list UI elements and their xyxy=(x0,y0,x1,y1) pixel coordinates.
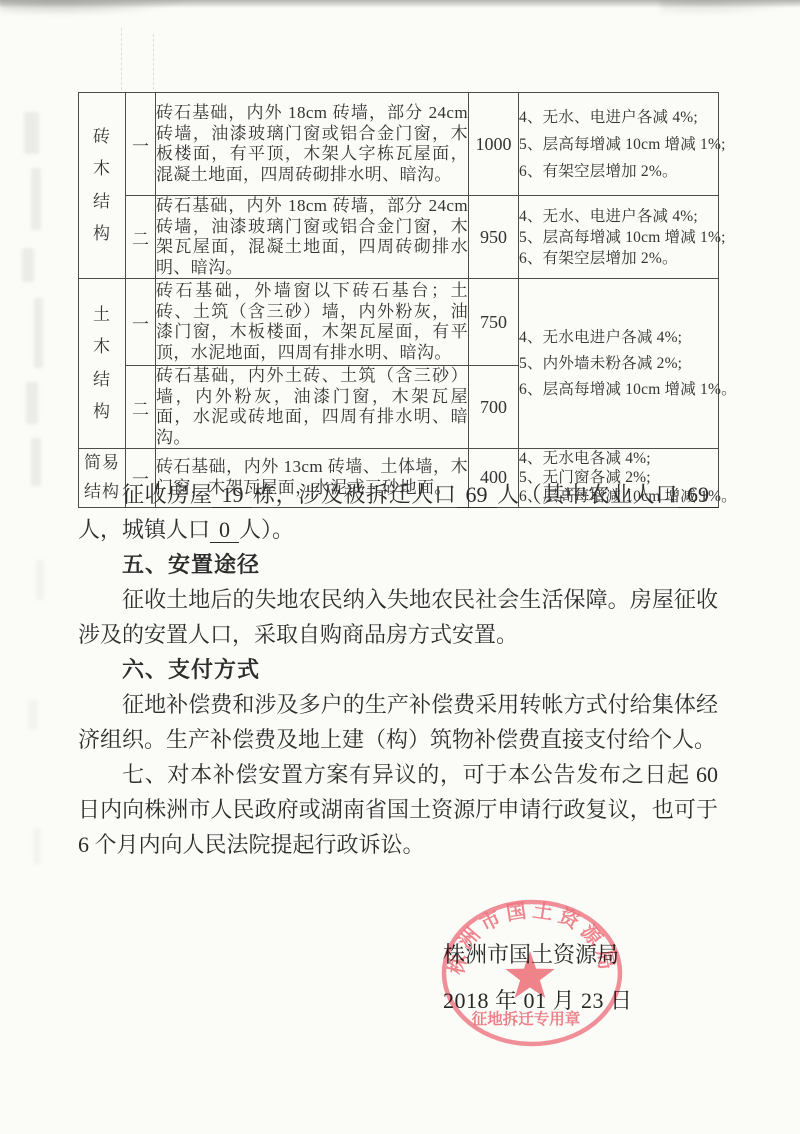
section-6-paragraph: 征地补偿费和涉及多户的生产补偿费采用转帐方式付给集体经济组织。生产补偿费及地上建… xyxy=(78,687,718,757)
category-cell: 砖木结构 xyxy=(79,93,126,279)
section-heading-5: 五、安置途径 xyxy=(78,547,718,582)
notes-cell: 4、无水、电进户各减 4%; 5、层高每增减 10cm 增减 1%; 6、有架空… xyxy=(519,93,719,196)
bleed-through-mark xyxy=(33,828,41,864)
official-seal: 株洲市国土资源局 征地拆迁专用章 xyxy=(428,878,640,1078)
notes-cell: 4、无水、电进户各减 4%; 5、层高每增减 10cm 增减 1%; 6、有架空… xyxy=(519,196,719,279)
grade-cell: 二 xyxy=(126,196,156,279)
bleed-through-mark xyxy=(28,700,38,730)
table-row: 砖木结构 一 砖石基础，内外 18cm 砖墙，部分 24cm 砖墙，油漆玻璃门窗… xyxy=(79,93,719,196)
price-cell: 950 xyxy=(469,196,519,279)
section-7-paragraph: 七、对本补偿安置方案有异议的，可于本公告发布之日起 60 日内向株洲市人民政府或… xyxy=(78,757,718,862)
notes-cell: 4、无水电进户各减 4%; 5、内外墙未粉各减 2%; 6、层高每增减 10cm… xyxy=(519,279,719,449)
description-cell: 砖石基础，外墙窗以下砖石基台；土砖、土筑（含三砂）墙，内外粉灰，油漆门窗，木板楼… xyxy=(156,279,469,366)
bleed-through-mark xyxy=(31,438,41,486)
bleed-through-mark xyxy=(31,168,41,230)
section-5-paragraph: 征收土地后的失地农民纳入失地农民社会生活保障。房屋征收涉及的安置人口，采取自购商… xyxy=(78,582,718,652)
agricultural-people-count: 69 xyxy=(678,482,718,508)
table-row: 土木结构 一 砖石基础，外墙窗以下砖石基台；土砖、土筑（含三砂）墙，内外粉灰，油… xyxy=(79,279,719,366)
grade-cell: 一 xyxy=(126,93,156,196)
grade-cell: 二 xyxy=(126,366,156,449)
description-cell: 砖石基础，内外土砖、土筑（含三砂）墙，内外粉灰，油漆门窗，木架瓦屋面，水泥或砖地… xyxy=(156,366,469,449)
bleed-through-mark xyxy=(26,382,38,424)
scan-corner-smudge-right xyxy=(660,0,800,16)
seal-star xyxy=(505,951,554,998)
price-cell: 1000 xyxy=(469,93,519,196)
description-cell: 砖石基础，内外 18cm 砖墙，部分 24cm 砖墙，油漆玻璃门窗或铝合金门窗，… xyxy=(156,196,469,279)
stats-line: 征收房屋19栋，涉及被拆迁人口69人（其中农业人口69人，城镇人口0人）。 xyxy=(78,477,718,547)
scan-corner-smudge-left xyxy=(0,0,190,16)
bleed-through-mark xyxy=(24,112,39,154)
seal-bottom-text: 征地拆迁专用章 xyxy=(472,1009,581,1028)
bleed-through-line xyxy=(121,28,122,90)
grade-cell: 一 xyxy=(126,279,156,366)
price-cell: 750 xyxy=(469,279,519,366)
bleed-through-mark xyxy=(34,298,43,368)
price-cell: 700 xyxy=(469,366,519,449)
scanned-notice-page: { "table": { "groups": [ { "category": "… xyxy=(0,0,800,1134)
houses-count: 19 xyxy=(212,482,252,508)
bleed-through-line xyxy=(153,34,154,90)
compensation-table: 砖木结构 一 砖石基础，内外 18cm 砖墙，部分 24cm 砖墙，油漆玻璃门窗… xyxy=(78,92,719,508)
category-cell: 土木结构 xyxy=(79,279,126,449)
relocated-people-count: 69 xyxy=(457,482,497,508)
urban-people-count: 0 xyxy=(210,517,239,543)
table-row: 二 砖石基础，内外 18cm 砖墙，部分 24cm 砖墙，油漆玻璃门窗或铝合金门… xyxy=(79,196,719,279)
section-heading-6: 六、支付方式 xyxy=(78,652,718,687)
bleed-through-mark xyxy=(22,248,34,282)
document-body: 征收房屋19栋，涉及被拆迁人口69人（其中农业人口69人，城镇人口0人）。 五、… xyxy=(78,477,718,862)
description-cell: 砖石基础，内外 18cm 砖墙，部分 24cm 砖墙，油漆玻璃门窗或铝合金门窗，… xyxy=(156,93,469,196)
bleed-through-mark xyxy=(36,560,44,600)
